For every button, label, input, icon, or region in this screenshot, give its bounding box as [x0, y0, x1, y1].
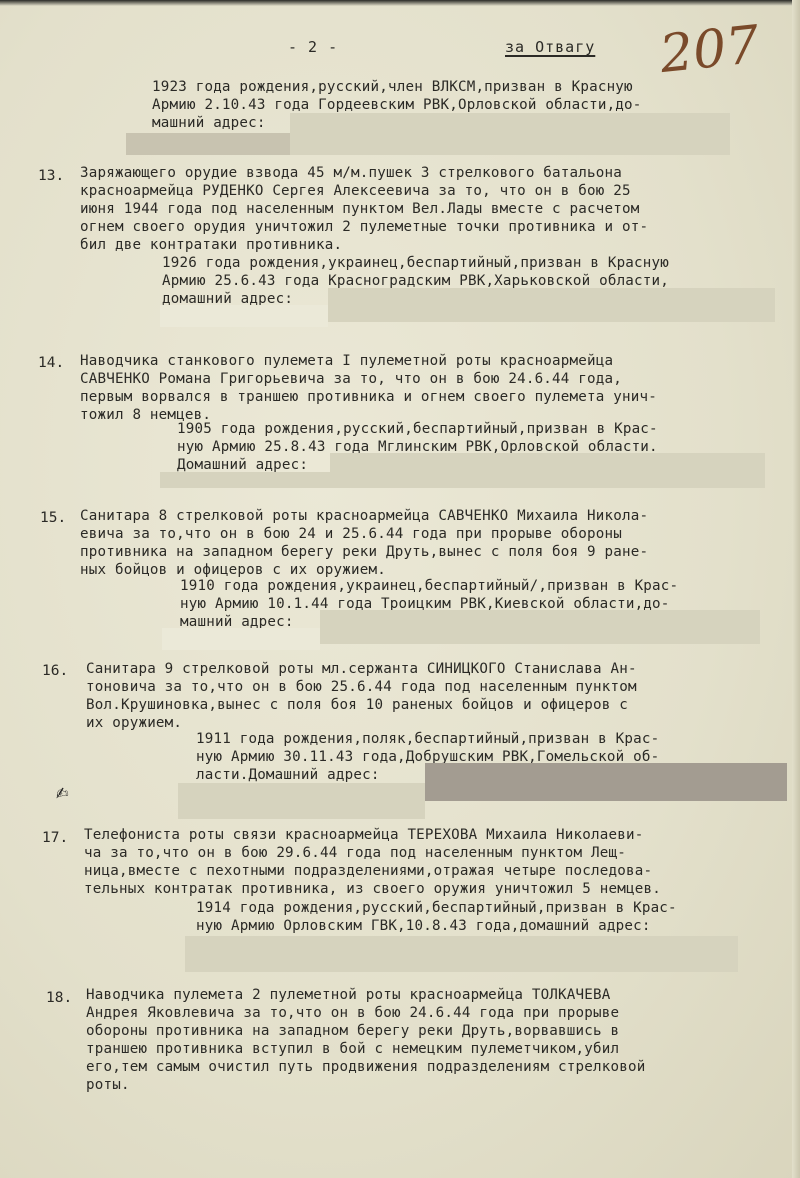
bio-line: 1910 года рождения,украинец,беспартийный… — [180, 577, 678, 595]
entry-number: 16. — [42, 663, 68, 679]
citation-line: Санитара 9 стрелковой роты мл.сержанта С… — [86, 660, 637, 678]
redacted-address — [330, 453, 765, 488]
bio-line: 1905 года рождения,русский,беспартийный,… — [177, 420, 658, 438]
redacted-address — [328, 288, 775, 322]
redacted-address — [178, 783, 425, 819]
bio-line: ласти.Домашний адрес: — [196, 766, 380, 784]
citation-line: противника на западном берегу реки Друть… — [80, 543, 648, 561]
citation-line: Санитара 8 стрелковой роты красноармейца… — [80, 507, 648, 525]
bio-line: ную Армию Орловским ГВК,10.8.43 года,дом… — [196, 917, 651, 935]
page-number: - 2 - — [288, 38, 338, 56]
citation-line: ница,вместе с пехотными подразделениями,… — [84, 862, 652, 880]
citation-line: Наводчика станкового пулемета I пулеметн… — [80, 352, 613, 370]
citation-line: бил две контратаки противника. — [80, 236, 342, 254]
citation-line: САВЧЕНКО Романа Григорьевича за то, что … — [80, 370, 622, 388]
redacted-address — [425, 763, 787, 801]
bio-line: 1911 года рождения,поляк,беспартийный,пр… — [196, 730, 659, 748]
redacted-address — [320, 610, 760, 644]
intro-line: Армию 2.10.43 года Гордеевским РВК,Орлов… — [152, 96, 642, 114]
handwritten-archive-number: 207 — [657, 15, 762, 85]
citation-line: Наводчика пулемета 2 пулеметной роты кра… — [86, 986, 611, 1004]
citation-line: евича за то,что он в бою 24 и 25.6.44 го… — [80, 525, 622, 543]
intro-line: машний адрес: — [152, 114, 266, 132]
citation-line: Телефониста роты связи красноармейца ТЕР… — [84, 826, 643, 844]
citation-line: Заряжающего орудие взвода 45 м/м.пушек 3… — [80, 164, 622, 182]
citation-line: красноармейца РУДЕНКО Сергея Алексеевича… — [80, 182, 631, 200]
citation-line: первым ворвался в траншею противника и о… — [80, 388, 657, 406]
document-page: - 2 - за Отвагу 207 1923 года рождения,р… — [0, 0, 800, 1178]
citation-line: обороны противника на западном берегу ре… — [86, 1022, 619, 1040]
entry-number: 18. — [46, 990, 72, 1006]
page-edge-right — [792, 0, 800, 1178]
citation-line: его,тем самым очистил путь продвижения п… — [86, 1058, 645, 1076]
bio-line: 1926 года рождения,украинец,беспартийный… — [162, 254, 669, 272]
citation-line: их оружием. — [86, 714, 182, 732]
entry-number: 14. — [38, 355, 64, 371]
redacted-address — [126, 133, 290, 155]
redacted-address — [160, 472, 330, 488]
citation-line: тельных контратак противника, из своего … — [84, 880, 661, 898]
redacted-address — [160, 305, 328, 327]
entry-number: 13. — [38, 168, 64, 184]
citation-line: роты. — [86, 1076, 130, 1094]
bio-line: 1914 года рождения,русский,беспартийный,… — [196, 899, 677, 917]
citation-line: июня 1944 года под населенным пунктом Ве… — [80, 200, 639, 218]
citation-line: тоновича за то,что он в бою 25.6.44 года… — [86, 678, 637, 696]
citation-line: Вол.Крушиновка,вынес с поля боя 10 ранен… — [86, 696, 628, 714]
redacted-address — [185, 936, 738, 972]
award-title: за Отвагу — [505, 38, 595, 56]
page-edge-top — [0, 0, 800, 6]
citation-line: траншею противника вступил в бой с немец… — [86, 1040, 619, 1058]
entry-number: 17. — [42, 830, 68, 846]
citation-line: ча за то,что он в бою 29.6.44 года под н… — [84, 844, 626, 862]
handwritten-margin-mark: ✍ — [53, 779, 70, 806]
redacted-address — [162, 628, 320, 650]
citation-line: Андрея Яковлевича за то,что он в бою 24.… — [86, 1004, 619, 1022]
entry-number: 15. — [40, 510, 66, 526]
intro-line: 1923 года рождения,русский,член ВЛКСМ,пр… — [152, 78, 633, 96]
citation-line: огнем своего орудия уничтожил 2 пулеметн… — [80, 218, 648, 236]
redacted-address — [290, 113, 730, 155]
